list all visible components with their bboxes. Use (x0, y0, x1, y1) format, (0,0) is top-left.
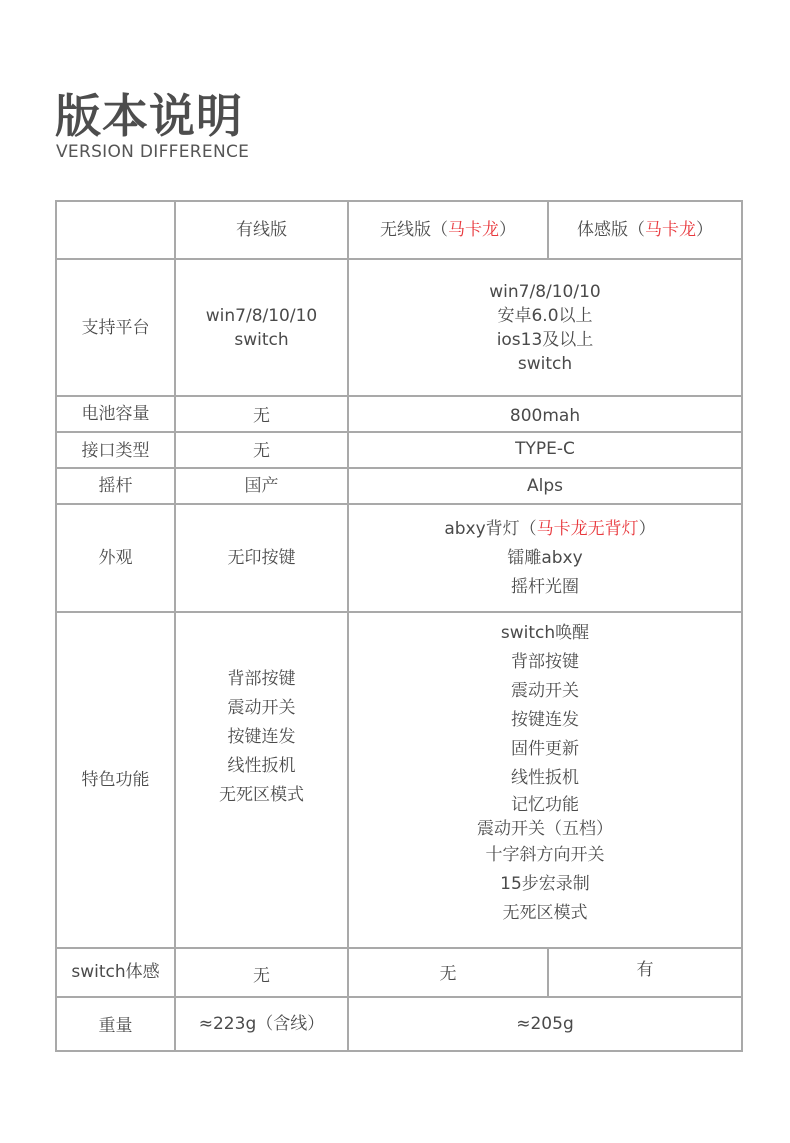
header-wireless: 无线版（马卡龙） (349, 202, 547, 258)
header-wireless-label: 无线版（马卡龙） (380, 218, 516, 242)
header-motion-label: 体感版（马卡龙） (577, 218, 713, 242)
port-wireless-motion: TYPE-C (349, 431, 741, 467)
weight-wireless-motion: ≈205g (349, 998, 741, 1050)
header-motion: 体感版（马卡龙） (549, 202, 741, 258)
row-label-platform: 支持平台 (57, 260, 174, 395)
row-label-motion-sensing: switch体感 (57, 949, 174, 994)
header-wired: 有线版 (176, 202, 347, 258)
port-wired: 无 (176, 433, 347, 469)
weight-wired: ≈223g（含线） (176, 998, 347, 1050)
joystick-wired: 国产 (176, 469, 347, 503)
motion-sensing-wireless: 无 (349, 951, 547, 996)
row-label-weight: 重量 (57, 1000, 174, 1052)
platform-wireless-motion: win7/8/10/10 安卓6.0以上 ios13及以上 switch (349, 260, 741, 395)
row-label-battery: 电池容量 (57, 397, 174, 431)
joystick-wireless-motion: Alps (349, 469, 741, 503)
page-title: 版本说明 (55, 86, 243, 146)
platform-wired: win7/8/10/10 switch (176, 260, 347, 395)
row-label-appearance: 外观 (57, 505, 174, 611)
page-subtitle: VERSION DIFFERENCE (56, 141, 249, 163)
appearance-wired: 无印按键 (176, 505, 347, 611)
battery-wired: 无 (176, 399, 347, 433)
motion-sensing-motion: 有 (549, 947, 741, 992)
header-wired-label: 有线版 (236, 218, 287, 242)
version-comparison-table: 有线版 无线版（马卡龙） 体感版（马卡龙） 支持平台 win7/8/10/10 … (55, 200, 743, 1051)
appearance-wireless-motion: abxy背灯（马卡龙无背灯） 镭雕abxy 摇杆光圈 (349, 505, 741, 611)
motion-sensing-wired: 无 (176, 953, 347, 998)
row-label-features: 特色功能 (57, 613, 174, 947)
battery-wireless-motion: 800mah (349, 399, 741, 433)
table-border-right (741, 200, 743, 1052)
features-wired: 背部按键 震动开关 按键连发 线性扳机 无死区模式 (176, 613, 347, 865)
row-label-joystick: 摇杆 (57, 469, 174, 503)
row-label-port: 接口类型 (57, 433, 174, 469)
features-wireless-motion: switch唤醒 背部按键 震动开关 按键连发 固件更新 线性扳机 记忆功能 震… (349, 613, 741, 953)
